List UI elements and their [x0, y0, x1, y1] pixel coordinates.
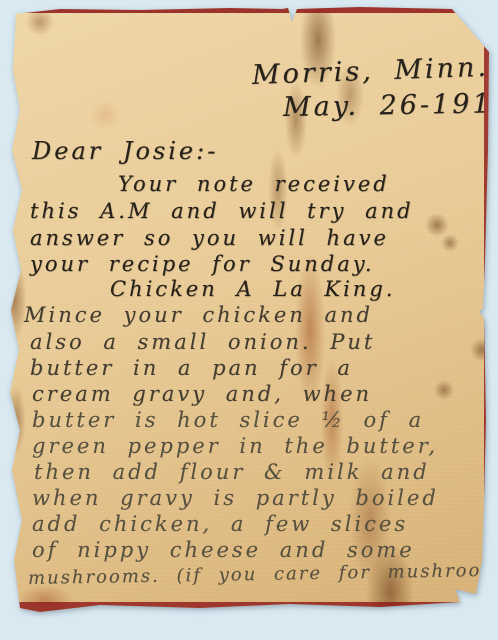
letter-line: butter in a pan for a: [30, 356, 353, 380]
letter-line: this A.M and will try and: [30, 199, 414, 223]
scanned-letter-photo: Morris, Minn. May. 26-1916. Dear Josie:-…: [0, 0, 498, 640]
aged-paper-surface: Morris, Minn. May. 26-1916. Dear Josie:-…: [0, 0, 498, 640]
salutation: Dear Josie:-: [32, 137, 218, 165]
letter-line: add chicken, a few slices: [32, 512, 408, 536]
heading-date: May. 26-1916.: [283, 88, 498, 123]
letter-line: then add flour & milk and: [34, 460, 430, 484]
letter-line: Mince your chicken and: [24, 303, 373, 327]
letter-line: green pepper in the butter,: [32, 434, 438, 458]
heading-location: Morris, Minn.: [251, 52, 489, 91]
letter-line: Your note received: [118, 172, 390, 196]
letter-line: when gravy is partly boiled: [32, 486, 439, 510]
letter-line: answer so you will have: [30, 226, 389, 250]
letter-line: butter is hot slice ½ of a: [32, 408, 424, 432]
letter-line-torn-edge: mushrooms. (if you care for mushroo: [28, 560, 482, 589]
letter-line: also a small onion. Put: [30, 330, 375, 354]
letter-line: your recipe for Sunday.: [30, 252, 375, 276]
letter-line: cream gravy and, when: [32, 382, 372, 406]
letter-line: of nippy cheese and some: [32, 538, 415, 562]
recipe-title-line: Chicken A La King.: [110, 277, 395, 301]
letter-paper: Morris, Minn. May. 26-1916. Dear Josie:-…: [0, 0, 498, 640]
